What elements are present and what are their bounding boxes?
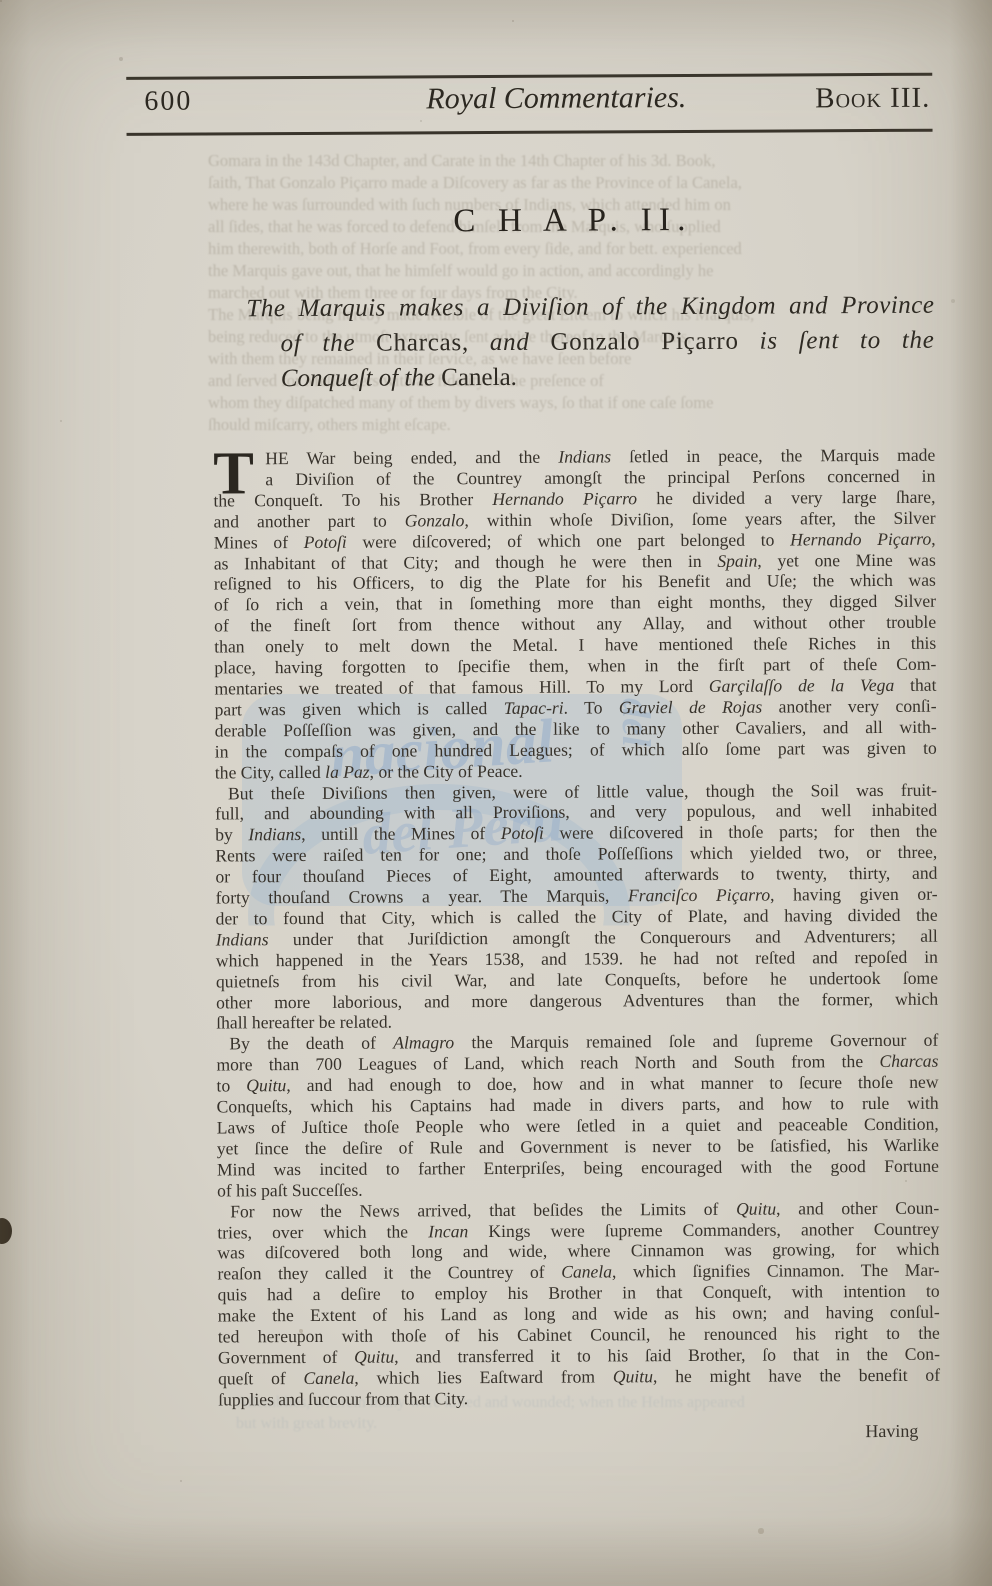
text-line: of the Charcas, and Gonzalo Piçarro is ſ… xyxy=(281,323,935,361)
chapter-heading: C H A P. II. xyxy=(212,201,934,242)
book-label: Book III. xyxy=(815,82,930,116)
paragraph-4: For now the News arrived, that beſides t… xyxy=(217,1197,940,1410)
paragraph-1: T HE War being ended, and the Indians ſe… xyxy=(213,445,937,783)
text-line: other more laborious, and more dangerous… xyxy=(216,988,938,1013)
text-line: Mind was incited to farther Enterpriſes,… xyxy=(217,1155,939,1180)
paper-specks xyxy=(0,0,2,2)
text-line: ſupplies and ſuccour from that City. xyxy=(218,1385,940,1410)
paragraph-3: By the death of Almagro the Marquis rema… xyxy=(216,1030,939,1201)
text-line: The Marquis makes a Diviſion of the King… xyxy=(246,288,934,327)
header-rule-top xyxy=(126,73,932,80)
catchword: Having xyxy=(218,1420,940,1445)
drop-cap: T xyxy=(213,443,254,504)
header-rule-bottom xyxy=(127,129,933,136)
text-line: in the compaſs of one hundred Leagues; o… xyxy=(215,737,937,762)
text-line: Conqueſt of the Canela. xyxy=(281,358,935,396)
text-line: queſt of Canela, which lies Eaſtward fro… xyxy=(218,1365,940,1390)
printed-content: 600 Royal Commentaries. Book III. C H A … xyxy=(0,0,992,1586)
paragraph-2: But theſe Diviſions then given, were of … xyxy=(215,779,938,1034)
running-title: Royal Commentaries. xyxy=(366,81,746,117)
page-number: 600 xyxy=(144,86,192,118)
chapter-argument: The Marquis makes a Diviſion of the King… xyxy=(212,288,935,397)
body-text: T HE War being ended, and the Indians ſe… xyxy=(213,445,940,1445)
scanned-book-page: Gomara in the 143d Chapter, and Carate i… xyxy=(0,0,992,1586)
